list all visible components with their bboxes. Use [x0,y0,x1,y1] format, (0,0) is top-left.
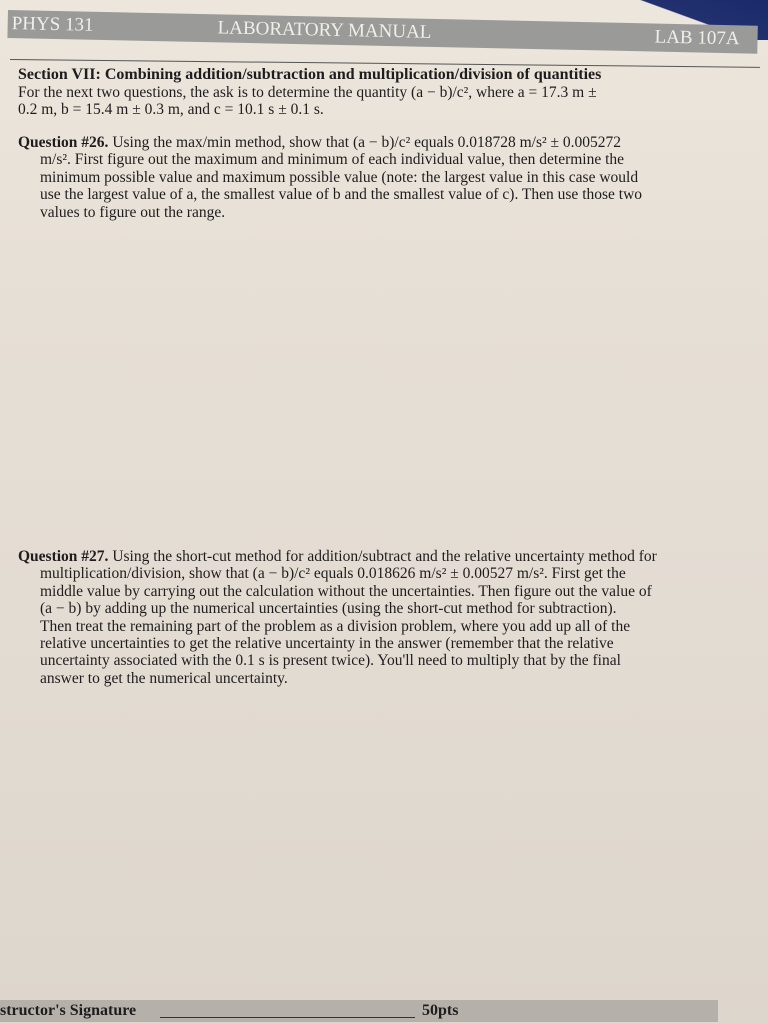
question-line: multiplication/division, show that (a − … [18,565,748,582]
intro-line: For the next two questions, the ask is t… [18,84,748,101]
section-title: Section VII: Combining addition/subtract… [18,66,748,83]
question-line: Using the short-cut method for addition/… [112,548,657,565]
manual-title: LABORATORY MANUAL [217,14,431,46]
question-line: (a − b) by adding up the numerical uncer… [18,600,748,617]
question-26: Question #26. Using the max/min method, … [18,134,748,221]
question-27: Question #27. Using the short-cut method… [18,548,748,687]
question-line: use the largest value of a, the smallest… [18,186,748,203]
question-line: values to figure out the range. [18,204,748,221]
bleed-through-text [14,355,18,373]
points-value: 50pts [422,1000,458,1022]
signature-line [160,1017,415,1018]
intro-line: 0.2 m, b = 15.4 m ± 0.3 m, and c = 10.1 … [18,101,748,118]
question-line: answer to get the numerical uncertainty. [18,670,748,687]
question-line: relative uncertainties to get the relati… [18,635,748,652]
question-line: middle value by carrying out the calcula… [18,583,748,600]
question-line: minimum possible value and maximum possi… [18,169,748,186]
section-intro: For the next two questions, the ask is t… [18,84,748,119]
lab-number: LAB 107A [654,24,740,54]
question-line: uncertainty associated with the 0.1 s is… [18,652,748,669]
signature-label: structor's Signature [0,1000,136,1022]
footer-band: structor's Signature 50pts [0,1000,718,1022]
question-line: Using the max/min method, show that (a −… [112,134,621,151]
course-code: PHYS 131 [11,10,93,40]
question-label: Question #26. [18,134,108,151]
question-label: Question #27. [18,548,108,565]
question-line: Then treat the remaining part of the pro… [18,618,748,635]
question-line: m/s². First figure out the maximum and m… [18,151,748,168]
